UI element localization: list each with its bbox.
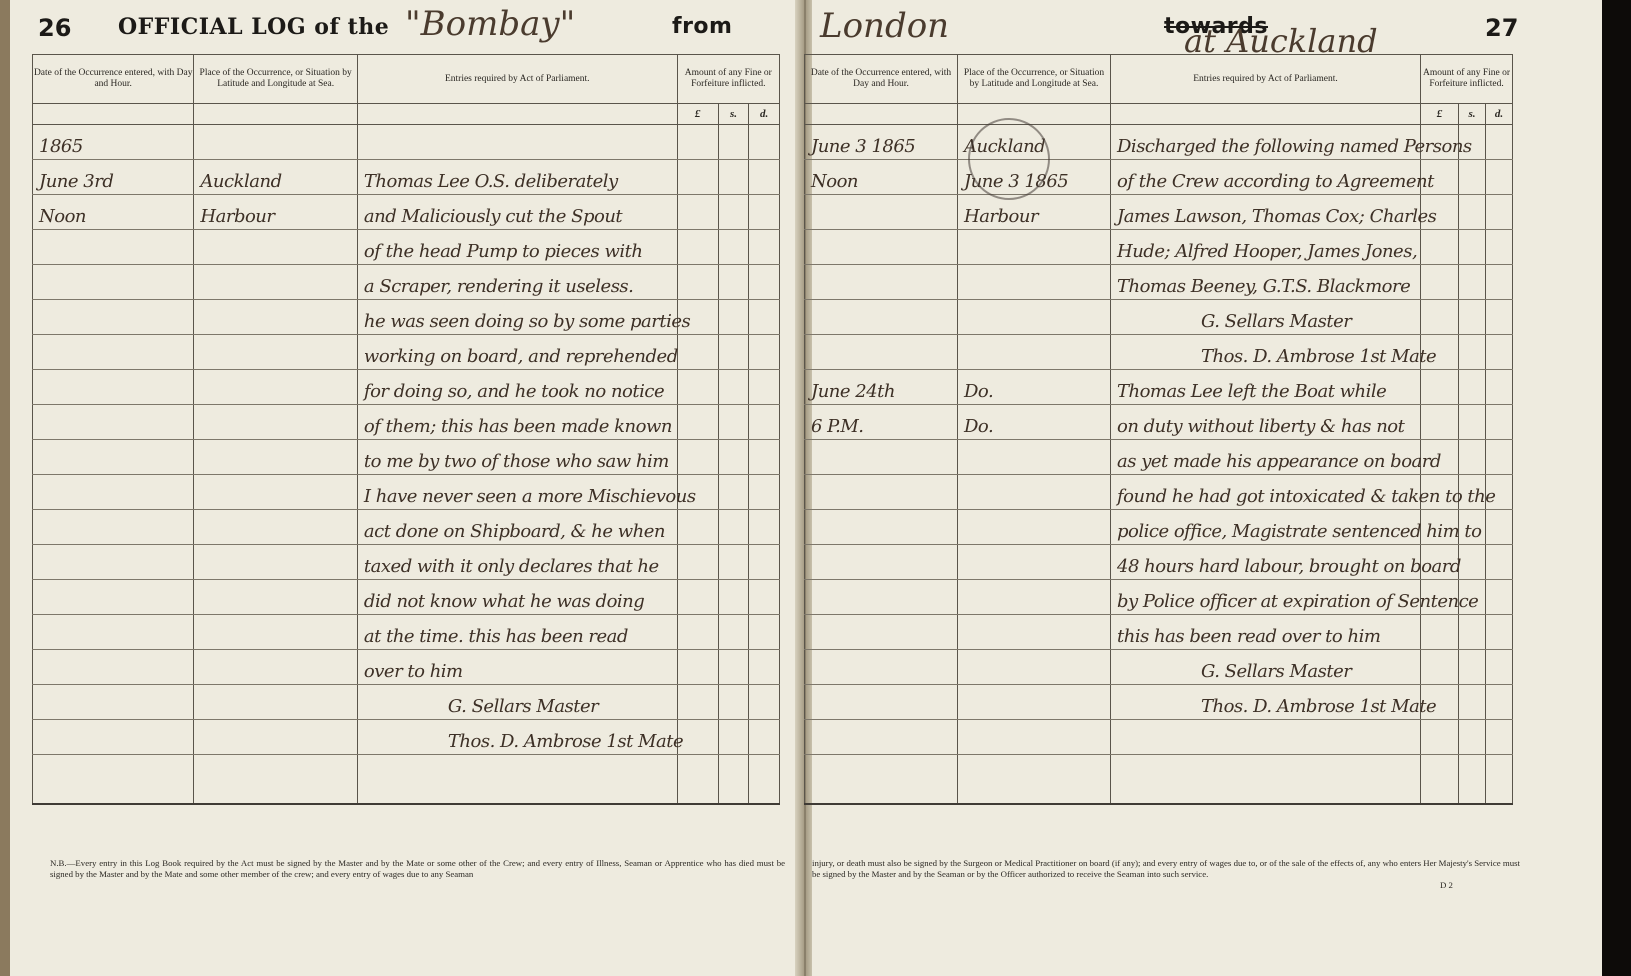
log-row: HarbourJames Lawson, Thomas Cox; Charles xyxy=(805,195,1513,230)
cell-amount xyxy=(749,685,780,720)
cell-date: Noon xyxy=(805,171,957,194)
cell-amount xyxy=(718,545,749,580)
signature-mark: D 2 xyxy=(1440,880,1453,891)
cell-amount xyxy=(1421,230,1459,265)
cell-amount xyxy=(677,230,718,265)
log-row: 1865 xyxy=(33,125,780,160)
cell-amount xyxy=(1486,510,1513,545)
cell-date: June 24th xyxy=(805,381,957,404)
log-row: G. Sellars Master xyxy=(33,685,780,720)
cell-amount xyxy=(1459,615,1486,650)
cell-entry: James Lawson, Thomas Cox; Charles xyxy=(1111,206,1420,229)
footnote: injury, or death must also be signed by … xyxy=(812,858,1520,880)
log-row: over to him xyxy=(33,650,780,685)
header-pence: d. xyxy=(749,104,780,125)
cell-amount xyxy=(677,265,718,300)
cell-entry: Thomas Lee O.S. deliberately xyxy=(358,171,677,194)
cell-amount xyxy=(718,370,749,405)
header-pounds: £ xyxy=(677,104,718,125)
log-row: Hude; Alfred Hooper, James Jones, xyxy=(805,230,1513,265)
cell-entry: of the head Pump to pieces with xyxy=(358,241,677,264)
page-number: 26 xyxy=(38,14,71,42)
cell-amount xyxy=(749,370,780,405)
cell-entry: over to him xyxy=(358,661,677,684)
cell-amount xyxy=(1486,615,1513,650)
cell-amount xyxy=(1486,230,1513,265)
port-stamp xyxy=(968,118,1050,200)
cell-amount xyxy=(718,685,749,720)
log-row: Thos. D. Ambrose 1st Mate xyxy=(805,335,1513,370)
page-number: 27 xyxy=(1485,14,1518,42)
cell-amount xyxy=(677,615,718,650)
cell-entry: to me by two of those who saw him xyxy=(358,451,677,474)
cell-amount xyxy=(749,615,780,650)
cell-amount xyxy=(1421,720,1459,755)
log-table: Date of the Occurrence entered, with Day… xyxy=(32,54,780,805)
cell-amount xyxy=(1459,195,1486,230)
cell-amount xyxy=(749,230,780,265)
cell-amount xyxy=(1459,755,1486,805)
header-shillings: s. xyxy=(1459,104,1486,125)
right-page: London towards at Auckland 27 Date of th… xyxy=(812,0,1602,976)
cell-amount xyxy=(677,685,718,720)
cell-place: Harbour xyxy=(194,206,357,229)
cell-amount xyxy=(1459,405,1486,440)
cell-amount xyxy=(1459,650,1486,685)
cell-amount xyxy=(749,405,780,440)
cell-place xyxy=(194,801,357,803)
cell-amount xyxy=(749,300,780,335)
cell-amount xyxy=(1486,160,1513,195)
cell-amount xyxy=(718,510,749,545)
cell-entry: 48 hours hard labour, brought on board xyxy=(1111,556,1420,579)
cell-amount xyxy=(677,545,718,580)
cell-place xyxy=(958,801,1110,803)
cell-amount xyxy=(1486,720,1513,755)
log-row: 48 hours hard labour, brought on board xyxy=(805,545,1513,580)
cell-entry xyxy=(358,801,677,803)
cell-entry: did not know what he was doing xyxy=(358,591,677,614)
log-row: to me by two of those who saw him xyxy=(33,440,780,475)
log-row: NoonJune 3 1865of the Crew according to … xyxy=(805,160,1513,195)
left-page: 26 OFFICIAL LOG of the "Bombay" from Dat… xyxy=(0,0,805,976)
log-row: June 24thDo.Thomas Lee left the Boat whi… xyxy=(805,370,1513,405)
cell-amount xyxy=(718,615,749,650)
cell-amount xyxy=(1459,685,1486,720)
log-row xyxy=(805,755,1513,805)
header-amount: Amount of any Fine or Forfeiture inflict… xyxy=(677,55,779,104)
log-row xyxy=(805,720,1513,755)
cell-entry: G. Sellars Master xyxy=(358,696,677,719)
cell-amount xyxy=(1486,195,1513,230)
cell-amount xyxy=(677,125,718,160)
cell-amount xyxy=(749,755,780,805)
cell-amount xyxy=(1486,265,1513,300)
cell-entry: Discharged the following named Persons xyxy=(1111,136,1420,159)
cell-amount xyxy=(677,650,718,685)
log-row: at the time. this has been read xyxy=(33,615,780,650)
cell-amount xyxy=(718,440,749,475)
cell-amount xyxy=(749,580,780,615)
cell-amount xyxy=(677,755,718,805)
cell-amount xyxy=(1421,370,1459,405)
cell-entry: Thos. D. Ambrose 1st Mate xyxy=(358,731,677,754)
cell-amount xyxy=(749,475,780,510)
cell-amount xyxy=(1486,335,1513,370)
cell-entry: this has been read over to him xyxy=(1111,626,1420,649)
cell-amount xyxy=(749,335,780,370)
from-label: from xyxy=(672,14,732,39)
cell-amount xyxy=(749,510,780,545)
cell-amount xyxy=(1486,440,1513,475)
cell-entry: Thos. D. Ambrose 1st Mate xyxy=(1111,696,1420,719)
cell-amount xyxy=(677,335,718,370)
cell-date: June 3 1865 xyxy=(805,136,957,159)
book-edge xyxy=(1602,0,1631,976)
cell-place: Auckland xyxy=(194,171,357,194)
cell-amount xyxy=(1486,580,1513,615)
cell-amount xyxy=(1421,615,1459,650)
cell-entry: G. Sellars Master xyxy=(1111,661,1420,684)
header-shillings: s. xyxy=(718,104,749,125)
cell-entry: of the Crew according to Agreement xyxy=(1111,171,1420,194)
cell-amount xyxy=(749,195,780,230)
header-place: Place of the Occurrence, or Situation by… xyxy=(194,55,358,104)
cell-amount xyxy=(718,265,749,300)
cell-amount xyxy=(718,300,749,335)
log-row: of the head Pump to pieces with xyxy=(33,230,780,265)
cell-amount xyxy=(1486,755,1513,805)
cell-entry: Thos. D. Ambrose 1st Mate xyxy=(1111,346,1420,369)
log-row: June 3 1865AucklandDischarged the follow… xyxy=(805,125,1513,160)
cell-entry: found he had got intoxicated & taken to … xyxy=(1111,486,1420,509)
cell-amount xyxy=(718,160,749,195)
cell-amount xyxy=(749,265,780,300)
cell-amount xyxy=(677,370,718,405)
footnote: N.B.—Every entry in this Log Book requir… xyxy=(50,858,785,880)
log-row: taxed with it only declares that he xyxy=(33,545,780,580)
log-row: did not know what he was doing xyxy=(33,580,780,615)
header-date: Date of the Occurrence entered, with Day… xyxy=(33,55,194,104)
header-entries: Entries required by Act of Parliament. xyxy=(357,55,677,104)
cell-place: Do. xyxy=(958,381,1110,404)
log-row: found he had got intoxicated & taken to … xyxy=(805,475,1513,510)
cell-entry: I have never seen a more Mischievous xyxy=(358,486,677,509)
cell-date: 1865 xyxy=(33,136,193,159)
log-row: by Police officer at expiration of Sente… xyxy=(805,580,1513,615)
cell-amount xyxy=(749,440,780,475)
log-row: for doing so, and he took no notice xyxy=(33,370,780,405)
cell-entry: on duty without liberty & has not xyxy=(1111,416,1420,439)
cell-amount xyxy=(1486,300,1513,335)
cell-entry: act done on Shipboard, & he when xyxy=(358,521,677,544)
log-row: June 3rdAucklandThomas Lee O.S. delibera… xyxy=(33,160,780,195)
cell-amount xyxy=(677,720,718,755)
cell-entry: at the time. this has been read xyxy=(358,626,677,649)
log-row: G. Sellars Master xyxy=(805,650,1513,685)
ship-name: "Bombay" xyxy=(405,4,575,44)
cell-date xyxy=(805,801,957,803)
header-place: Place of the Occurrence, or Situation by… xyxy=(958,55,1111,104)
header-pence: d. xyxy=(1486,104,1513,125)
cell-amount xyxy=(1459,230,1486,265)
cell-amount xyxy=(1459,160,1486,195)
header-date: Date of the Occurrence entered, with Day… xyxy=(805,55,958,104)
header-pounds: £ xyxy=(1421,104,1459,125)
cell-amount xyxy=(1486,405,1513,440)
cell-entry: he was seen doing so by some parties xyxy=(358,311,677,334)
cell-amount xyxy=(1486,685,1513,720)
cell-amount xyxy=(677,580,718,615)
cell-amount xyxy=(1421,265,1459,300)
cell-entry: of them; this has been made known xyxy=(358,416,677,439)
cell-entry: police office, Magistrate sentenced him … xyxy=(1111,521,1420,544)
log-row: he was seen doing so by some parties xyxy=(33,300,780,335)
log-row: this has been read over to him xyxy=(805,615,1513,650)
cell-amount xyxy=(1459,545,1486,580)
cell-amount xyxy=(749,545,780,580)
from-port: London xyxy=(820,6,949,46)
cell-entry: taxed with it only declares that he xyxy=(358,556,677,579)
cell-amount xyxy=(718,335,749,370)
cell-amount xyxy=(749,160,780,195)
cell-amount xyxy=(1459,300,1486,335)
cell-amount xyxy=(1421,300,1459,335)
cell-entry: for doing so, and he took no notice xyxy=(358,381,677,404)
cell-place: Harbour xyxy=(958,206,1110,229)
cell-place: Do. xyxy=(958,416,1110,439)
cell-date: June 3rd xyxy=(33,171,193,194)
cell-amount xyxy=(718,195,749,230)
cell-amount xyxy=(1486,545,1513,580)
cell-amount xyxy=(718,475,749,510)
cell-amount xyxy=(718,720,749,755)
cell-amount xyxy=(749,125,780,160)
cell-amount xyxy=(1459,335,1486,370)
cell-amount xyxy=(1486,650,1513,685)
cell-entry: working on board, and reprehended xyxy=(358,346,677,369)
cell-entry: as yet made his appearance on board xyxy=(1111,451,1420,474)
cell-entry: by Police officer at expiration of Sente… xyxy=(1111,591,1420,614)
cell-entry: Thomas Lee left the Boat while xyxy=(1111,381,1420,404)
cell-amount xyxy=(677,405,718,440)
cell-amount xyxy=(677,160,718,195)
cell-amount xyxy=(677,195,718,230)
log-row: Thos. D. Ambrose 1st Mate xyxy=(805,685,1513,720)
cell-amount xyxy=(1459,370,1486,405)
log-row: police office, Magistrate sentenced him … xyxy=(805,510,1513,545)
log-row: act done on Shipboard, & he when xyxy=(33,510,780,545)
cell-date: 6 P.M. xyxy=(805,416,957,439)
cell-amount xyxy=(1421,650,1459,685)
cell-amount xyxy=(718,230,749,265)
cell-date: Noon xyxy=(33,206,193,229)
cell-amount xyxy=(677,440,718,475)
cell-entry xyxy=(1111,801,1420,803)
log-table: Date of the Occurrence entered, with Day… xyxy=(804,54,1513,805)
cell-amount xyxy=(1459,440,1486,475)
cell-entry: G. Sellars Master xyxy=(1111,311,1420,334)
cell-amount xyxy=(1459,720,1486,755)
log-row: as yet made his appearance on board xyxy=(805,440,1513,475)
cell-amount xyxy=(718,650,749,685)
log-row xyxy=(33,755,780,805)
cell-date xyxy=(33,801,193,803)
cell-entry: Thomas Beeney, G.T.S. Blackmore xyxy=(1111,276,1420,299)
log-row: working on board, and reprehended xyxy=(33,335,780,370)
cell-amount xyxy=(1486,125,1513,160)
cell-entry: and Maliciously cut the Spout xyxy=(358,206,677,229)
cell-amount xyxy=(1421,405,1459,440)
log-row: of them; this has been made known xyxy=(33,405,780,440)
cell-amount xyxy=(1421,755,1459,805)
cell-amount xyxy=(718,125,749,160)
header-amount: Amount of any Fine or Forfeiture inflict… xyxy=(1421,55,1513,104)
cell-amount xyxy=(1459,265,1486,300)
log-title: OFFICIAL LOG of the xyxy=(118,14,389,40)
cell-amount xyxy=(718,580,749,615)
cell-amount xyxy=(749,650,780,685)
log-row: I have never seen a more Mischievous xyxy=(33,475,780,510)
log-row: G. Sellars Master xyxy=(805,300,1513,335)
cell-amount xyxy=(677,510,718,545)
cell-amount xyxy=(749,720,780,755)
cell-entry: a Scraper, rendering it useless. xyxy=(358,276,677,299)
log-row: 6 P.M.Do.on duty without liberty & has n… xyxy=(805,405,1513,440)
cell-amount xyxy=(718,405,749,440)
cell-amount xyxy=(1486,370,1513,405)
log-row: NoonHarbourand Maliciously cut the Spout xyxy=(33,195,780,230)
log-row: Thos. D. Ambrose 1st Mate xyxy=(33,720,780,755)
log-row: a Scraper, rendering it useless. xyxy=(33,265,780,300)
header-entries: Entries required by Act of Parliament. xyxy=(1111,55,1421,104)
cell-amount xyxy=(718,755,749,805)
cell-entry: Hude; Alfred Hooper, James Jones, xyxy=(1111,241,1420,264)
log-row: Thomas Beeney, G.T.S. Blackmore xyxy=(805,265,1513,300)
